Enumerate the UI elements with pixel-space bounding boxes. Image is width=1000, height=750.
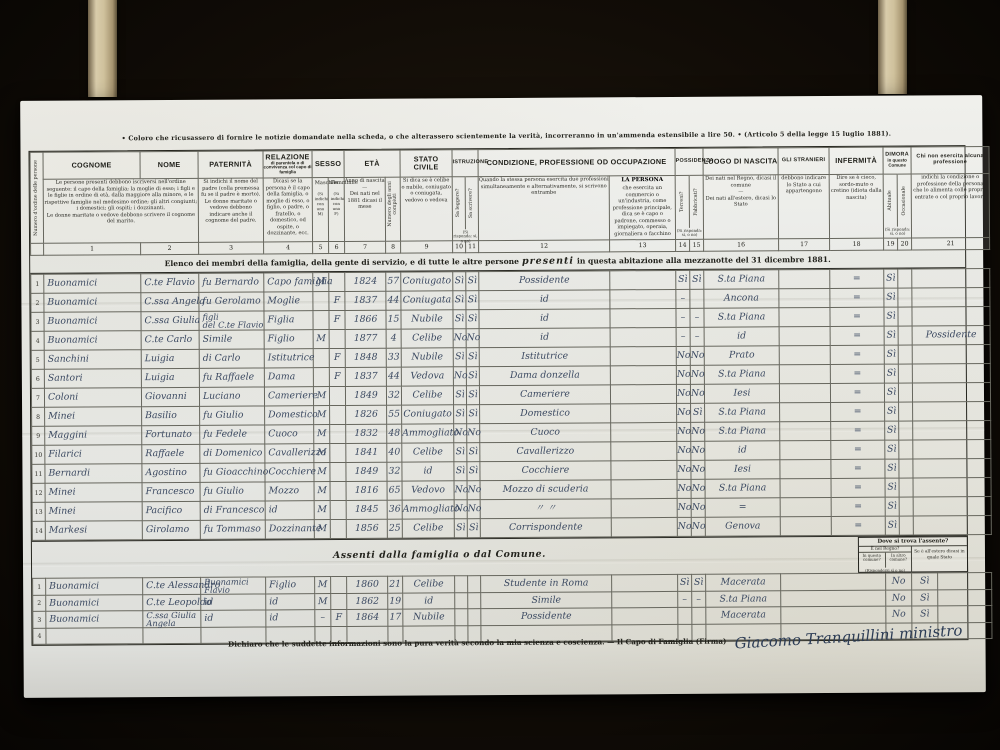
cell-stranieri [780, 498, 831, 517]
cell-n: 2 [31, 293, 44, 312]
cell-luogo: Prato [704, 346, 779, 365]
cell-estero [938, 590, 992, 606]
scanned-census-sheet: • Coloro che ricusassero di fornire le n… [0, 0, 1000, 750]
col-stato-civile: STATO CIVILE [400, 150, 452, 177]
cell-abituale: Sì [885, 497, 899, 516]
cell-fabbricati: No [691, 460, 705, 479]
column-number: 15 [690, 239, 704, 251]
cell-m: M [314, 501, 330, 520]
cell-anno: 1864 [347, 609, 388, 626]
cell-nome: Pacifico [142, 501, 200, 520]
cell-legge: No [453, 329, 466, 348]
cell-relazione: id [266, 594, 315, 610]
cell-altro: Sì [912, 606, 938, 623]
cell-paternita: fu Giulio [200, 482, 265, 501]
cell-infermita: = [830, 269, 884, 288]
cell-chinon [912, 307, 990, 326]
cell-condizione: Cavallerizzo [480, 442, 611, 462]
cell-cognome: Minei [45, 502, 142, 522]
cell-abituale: Sì [885, 440, 899, 459]
cell-stato: Celibe [402, 443, 454, 462]
cell-anni: 57 [386, 272, 401, 291]
cell-f [331, 594, 347, 610]
cell-condizione: id [479, 309, 610, 329]
cell-luogo: Macerata [706, 574, 781, 591]
cell-cognome: Buonamici [44, 312, 141, 332]
cell-terreni: No [677, 422, 691, 441]
cell-anni: 36 [387, 500, 402, 519]
cell-scrive: Sì [467, 443, 480, 462]
note-istruzione: Sa leggere? Sa scrivere? (Si risponda: s… [452, 177, 478, 241]
cell-occasionale [898, 345, 912, 364]
cell-stranieri [780, 460, 831, 479]
cell-terreni [678, 607, 692, 624]
col-chi-non-esercita: Chi non esercita alcuna professione [911, 147, 989, 174]
cell-anni: 19 [388, 593, 403, 609]
cell-n: 14 [32, 521, 45, 540]
cell-scrive [468, 609, 481, 626]
cell-m: M [314, 425, 330, 444]
column-number: 21 [912, 238, 990, 250]
cell-cognome: Maggini [45, 426, 142, 446]
presenti-heading-pre: Elenco dei membri della famiglia, della … [165, 257, 519, 268]
column-number: 12 [479, 240, 610, 253]
cell-chinon [913, 459, 991, 478]
cell-f [329, 330, 345, 349]
cell-fabbricati [692, 607, 706, 624]
cell-n: 1 [33, 578, 46, 595]
cell-terreni: No [677, 460, 691, 479]
cell-anno: 1816 [346, 481, 387, 500]
cell-legge [455, 609, 468, 626]
cell-paternita: fu Bernardo [199, 273, 264, 292]
cell-anno: 1848 [345, 348, 386, 367]
cell-legge: No [454, 481, 467, 500]
cell-condizione: Possidente [479, 271, 610, 291]
present-members-table: 1BuonamiciC.te Flaviofu BernardoCapo fam… [30, 268, 992, 541]
cell-chinon [913, 421, 991, 440]
col-luogo-nascita: LUOGO DI NASCITA [703, 148, 778, 175]
cell-fabbricati: Sì [692, 574, 706, 591]
cell-infermita: = [830, 307, 884, 326]
cell-f [330, 520, 346, 539]
cell-anno: 1841 [346, 443, 387, 462]
cell-nome: Giovanni [141, 387, 199, 406]
cell-f [330, 482, 346, 501]
cell-chinon [912, 364, 990, 383]
cell-questo: No [886, 590, 912, 606]
cell-persona [611, 461, 677, 480]
cell-condizione: Cocchiere [480, 461, 611, 481]
cell-n: 3 [33, 611, 46, 628]
cell-chinon [912, 383, 990, 402]
cell-relazione: id [265, 501, 314, 520]
cell-legge: No [453, 367, 466, 386]
cell-blank [781, 573, 886, 591]
cell-luogo: S.ta Piana [704, 270, 779, 289]
cell-cognome: Buonamici [46, 595, 143, 612]
cell-persona [611, 480, 677, 499]
cell-anni: 44 [386, 291, 401, 310]
cell-legge: Sì [453, 291, 466, 310]
cell-cognome: Buonamici [46, 611, 143, 629]
cell-condizione: Possidente [481, 608, 612, 626]
cell-luogo: Iesi [705, 460, 780, 479]
cell-infermita: = [830, 364, 884, 383]
cell-anno: 1837 [345, 291, 386, 310]
cell-paternita: fu Gioacchino [200, 463, 265, 482]
column-number: 6 [329, 242, 345, 254]
cell-nome: C.ssa Angela [141, 292, 199, 311]
cell-condizione: Mozzo di scuderia [480, 480, 611, 500]
cell-cognome: Buonamici [44, 331, 141, 351]
cell-persona [611, 442, 677, 461]
cell-terreni: No [677, 498, 691, 517]
col-eta: ETÀ [344, 150, 400, 177]
cell-luogo: = [705, 498, 780, 517]
note-la-persona: LA PERSONAche esercita un commercio o un… [609, 175, 675, 240]
cell-paternita: id [201, 594, 266, 610]
cell-abituale: Sì [884, 364, 898, 383]
cell-occasionale [899, 402, 913, 421]
cell-terreni: – [678, 591, 692, 607]
cell-infermita: = [831, 402, 885, 421]
cell-relazione: Figlio [264, 330, 313, 349]
cell-relazione: Figlio [266, 577, 315, 594]
cell-terreni: – [676, 308, 690, 327]
cell-fabbricati: No [691, 422, 705, 441]
cell-f [330, 501, 346, 520]
col-paternita: PATERNITÀ [198, 151, 263, 178]
cell-legge: No [454, 500, 467, 519]
cell-paternita: fu Fedele [200, 425, 265, 444]
cell-occasionale [898, 307, 912, 326]
cell-nome: C.ssa Giulia [141, 311, 199, 330]
cell-m [313, 349, 329, 368]
cell-anno: 1877 [345, 329, 386, 348]
note-eta-anni: Numero degli anni compiuti [385, 177, 400, 241]
cell-paternita: figlidel C.te Flavio [199, 311, 264, 330]
cell-scrive: No [467, 500, 480, 519]
note-condizione: Quando la stessa persona esercita due pr… [478, 176, 609, 241]
cell-anni: 65 [387, 481, 402, 500]
cell-abituale: Sì [885, 516, 899, 535]
cell-stato: Coniugato [401, 272, 453, 291]
cell-infermita: = [831, 459, 885, 478]
cell-stato: id [403, 593, 455, 609]
cell-anni: 48 [387, 424, 402, 443]
cell-paternita: fu Gerolamo [199, 292, 264, 311]
cell-fabbricati: – [690, 327, 704, 346]
cell-persona [611, 499, 677, 518]
cell-anni: 40 [387, 443, 402, 462]
cell-luogo: id [705, 441, 780, 460]
cell-fabbricati: No [690, 384, 704, 403]
cell-anno: 1856 [346, 519, 387, 538]
cell-anni: 15 [386, 310, 401, 329]
cell-f [330, 463, 346, 482]
cell-chinon [912, 345, 990, 364]
cell-infermita: = [830, 288, 884, 307]
cell-questo: No [886, 606, 912, 623]
cell-n: 11 [32, 464, 45, 483]
column-number: 14 [676, 239, 690, 251]
cell-condizione: Cuoco [480, 423, 611, 443]
cell-cognome: Coloni [44, 388, 141, 408]
note-relazione: Dicasi se la persona è il capo della fam… [263, 178, 312, 242]
cell-n: 5 [31, 350, 44, 369]
column-number: 1 [44, 243, 141, 256]
cell-occasionale [898, 326, 912, 345]
cell-chinon [912, 288, 990, 307]
cell-estero [938, 606, 992, 623]
cell-n: 6 [31, 369, 44, 388]
cell-stato: Celibe [401, 329, 453, 348]
cell-legge: Sì [454, 519, 467, 538]
cell-scrive: Sì [466, 386, 479, 405]
cell-anno: 1866 [345, 310, 386, 329]
cell-anno: 1837 [345, 367, 386, 386]
cell-cognome: Buonamici [44, 293, 141, 313]
cell-terreni: No [677, 403, 691, 422]
cell-relazione: Istitutrice [264, 349, 313, 368]
cell-condizione: Dama donzella [479, 366, 610, 386]
cell-scrive: Sì [466, 367, 479, 386]
cell-relazione: Mozzo [265, 482, 314, 501]
cell-luogo: S.ta Piana [705, 422, 780, 441]
cell-f: F [329, 368, 345, 387]
note-dimora: Abituale Occasionale (Si risponda: sì, o… [883, 174, 911, 238]
cell-occasionale [899, 478, 913, 497]
cell-m [313, 292, 329, 311]
cell-infermita: = [831, 440, 885, 459]
cell-terreni: – [676, 327, 690, 346]
cell-stato: Nubile [403, 609, 455, 626]
cell-legge: Sì [453, 348, 466, 367]
cell-cognome: Minei [45, 483, 142, 503]
cell-scrive: Sì [467, 405, 480, 424]
cell-fabbricati: No [691, 517, 705, 536]
cell-chinon [912, 269, 990, 288]
column-number: 20 [898, 238, 912, 250]
cell-luogo: S.ta Piana [704, 308, 779, 327]
note-cognome-nome: Le persone presenti debbono iscriversi n… [43, 178, 198, 243]
cell-abituale: Sì [885, 421, 899, 440]
cell-terreni: Sì [678, 574, 692, 591]
cell-abituale: Sì [885, 478, 899, 497]
cell-anno: 1849 [346, 462, 387, 481]
cell-relazione: Figlia [264, 311, 313, 330]
column-number: 9 [401, 241, 453, 253]
cell-nome: Basilio [142, 406, 200, 425]
cell-scrive: No [467, 481, 480, 500]
cell-m [313, 368, 329, 387]
cell-condizione: id [479, 328, 610, 348]
census-header: Numero d'ordine delle persone COGNOME NO… [29, 146, 990, 256]
column-number: 13 [610, 240, 676, 252]
cell-scrive [468, 576, 481, 593]
cell-anni: 4 [386, 329, 401, 348]
cell-persona [612, 608, 678, 625]
cell-stato: Celibe [403, 576, 455, 593]
cell-abituale: Sì [884, 288, 898, 307]
cell-nome: Agostino [142, 463, 200, 482]
col-condizione: CONDIZIONE, PROFESSIONE OD OCCUPAZIONE [478, 148, 675, 176]
cell-scrive: Sì [466, 291, 479, 310]
cell-cognome: Minei [45, 407, 142, 427]
cell-anni: 25 [387, 519, 402, 538]
cell-legge [455, 576, 468, 593]
cell-paternita: BuonamiciFlavio [201, 577, 266, 594]
cell-persona [611, 518, 677, 537]
col-dimora: DIMORAin questo Comune [883, 147, 911, 174]
column-number: 19 [884, 238, 898, 250]
cell-blank [781, 590, 886, 607]
cell-terreni: Sì [676, 270, 690, 289]
cell-paternita: Simile [199, 330, 264, 349]
cell-terreni: No [676, 346, 690, 365]
cell-persona [610, 385, 676, 404]
cell-nome: C.te Leopoldo [143, 594, 201, 610]
cell-chinon [913, 440, 991, 459]
cell-anni: 17 [388, 609, 403, 626]
cell-scrive [468, 593, 481, 609]
cell-persona [611, 423, 677, 442]
cell-occasionale [899, 516, 913, 535]
cell-infermita: = [830, 383, 884, 402]
cell-nome: C.te Flavio [141, 273, 199, 292]
cell-fabbricati: No [690, 346, 704, 365]
cell-stato: Celibe [401, 386, 453, 405]
cell-occasionale [899, 459, 913, 478]
cell-n: 1 [31, 274, 44, 293]
cell-nome: C.te Alessandro [143, 577, 201, 594]
note-eta-anno: Anno di nascita — Dei nati nel 1881 dica… [344, 177, 385, 241]
assenti-section-header: Assenti dalla famiglia o dal Comune. Dov… [32, 535, 967, 578]
note-chi-non-esercita: indichi la condizione o professione dell… [911, 174, 989, 239]
cell-fabbricati: No [690, 365, 704, 384]
cell-stranieri [780, 441, 831, 460]
cell-terreni: No [677, 441, 691, 460]
cell-scrive: Sì [466, 310, 479, 329]
assente-box-regno: È nel Regno? In questo comune? In altro … [859, 547, 912, 573]
note-stato-civile: Si dica se è celibe o nubile, coniugato … [400, 177, 452, 241]
col-possidenza: POSSIDENZA [675, 148, 703, 175]
cell-cognome: Buonamici [46, 578, 143, 596]
cell-anni: 44 [386, 367, 401, 386]
column-number-blank [31, 243, 44, 255]
cell-f: F [331, 610, 347, 627]
cell-cognome: Bernardi [45, 464, 142, 484]
cell-condizione: 〃 〃 [480, 499, 611, 519]
cell-infermita: = [831, 478, 885, 497]
cell-infermita: = [830, 326, 884, 345]
cell-n: 9 [32, 426, 45, 445]
cell-paternita: fu Giulio [200, 406, 265, 425]
col-nome: NOME [140, 151, 198, 178]
cell-stato: Celibe [402, 519, 454, 538]
presenti-heading-post: in questa abitazione alla mezzanotte del… [577, 255, 831, 266]
cell-occasionale [899, 421, 913, 440]
column-number: 7 [345, 241, 386, 253]
column-number: 16 [704, 239, 779, 251]
col-istruzione: ISTRUZIONE [452, 150, 478, 177]
cell-abituale: Sì [884, 307, 898, 326]
cell-cognome: Filarici [45, 445, 142, 465]
cell-stato: Coniugato [402, 405, 454, 424]
cell-paternita: di Francesco [200, 501, 265, 520]
cell-terreni: No [677, 517, 691, 536]
cell-occasionale [899, 440, 913, 459]
cell-stranieri [779, 270, 830, 289]
cell-terreni: – [676, 289, 690, 308]
cell-relazione: Dozzinante [265, 520, 314, 539]
note-infermita: Dire se è cieco, sordo-muto o cretino (i… [829, 174, 883, 238]
column-number: 2 [141, 242, 199, 254]
cell-anno: 1824 [345, 272, 386, 291]
cell-terreni: No [676, 384, 690, 403]
cell-fabbricati: – [692, 591, 706, 607]
cell-n: 7 [31, 388, 44, 407]
binding-strap-right [878, 0, 907, 94]
cell-anni: 21 [388, 576, 403, 593]
cell-persona [611, 404, 677, 423]
cell-persona [612, 592, 678, 608]
cell-scrive: No [466, 329, 479, 348]
cell-blank [781, 606, 886, 624]
cell-paternita: di Carlo [199, 349, 264, 368]
col-cognome: COGNOME [43, 152, 140, 180]
cell-condizione: Domestico [480, 404, 611, 424]
cell-nome: Fortunato [142, 425, 200, 444]
cell-abituale: Sì [884, 269, 898, 288]
cell-persona [612, 575, 678, 592]
cell-luogo: Macerata [706, 607, 781, 624]
cell-paternita: id [201, 610, 266, 627]
cell-legge: Sì [454, 462, 467, 481]
col-sesso: SESSO [312, 150, 344, 177]
cell-relazione: Cameriere [264, 387, 313, 406]
declaration-text: Dichiaro che le suddette informazioni so… [228, 629, 727, 649]
cell-fabbricati: – [690, 308, 704, 327]
cell-condizione: Corrispondente [480, 518, 611, 538]
cell-anno: 1862 [347, 593, 388, 609]
cell-abituale: Sì [884, 326, 898, 345]
cell-f: F [329, 311, 345, 330]
cell-relazione: Domestico [265, 406, 314, 425]
assente-location-box: Dove si trova l'assente? È nel Regno? In… [858, 536, 968, 573]
cell-stranieri [780, 479, 831, 498]
cell-chinon [913, 402, 991, 421]
note-luogo: Dei nati nel Regno, dicasi il comune — D… [703, 175, 778, 240]
cell-terreni: No [677, 479, 691, 498]
cell-nome: Luigia [141, 349, 199, 368]
cell-occasionale [898, 364, 912, 383]
cell-m: M [315, 594, 331, 610]
note-possidenza: Terreni? Fabbricati? (Si risponda: sì, o… [675, 175, 703, 239]
cell-relazione: Capo famiglia [264, 273, 313, 292]
cell-m [313, 311, 329, 330]
cell-relazione: Cavallerizzo [265, 444, 314, 463]
cell-persona [610, 271, 676, 290]
column-number: 17 [779, 239, 830, 251]
cell-infermita: = [831, 516, 885, 535]
cell-stato: Ammogliato [402, 500, 454, 519]
cell-scrive: Sì [466, 348, 479, 367]
cell-f: F [329, 292, 345, 311]
cell-questo: No [886, 573, 912, 590]
cell-condizione: Cameriere [479, 385, 610, 405]
